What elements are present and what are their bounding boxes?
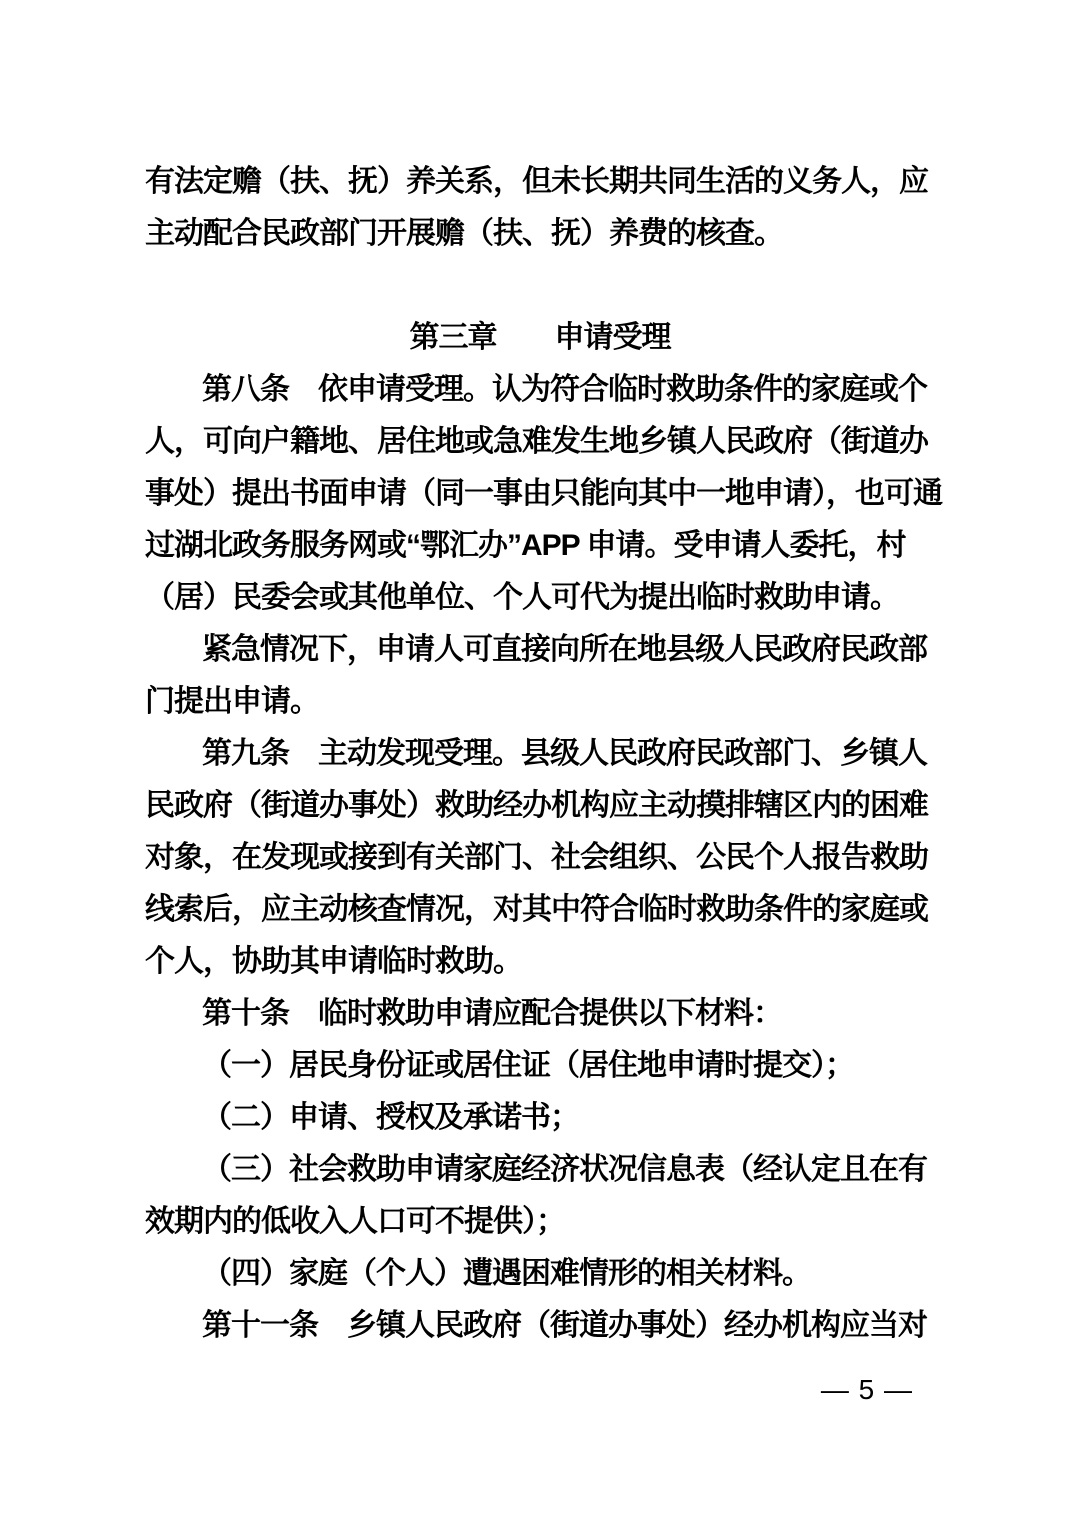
chapter-heading: 第三章 申请受理: [145, 312, 935, 364]
text-line: 对象，在发现或接到有关部门、社会组织、公民个人报告救助: [145, 832, 935, 884]
text-line: 紧急情况下，申请人可直接向所在地县级人民政府民政部: [145, 624, 935, 676]
list-item-2: （二）申请、授权及承诺书；: [145, 1092, 935, 1144]
text-line: 门提出申请。: [145, 676, 935, 728]
document-body: 有法定赡（扶、抚）养关系，但未长期共同生活的义务人，应 主动配合民政部门开展赡（…: [145, 156, 935, 1352]
text-line: （居）民委会或其他单位、个人可代为提出临时救助申请。: [145, 572, 935, 624]
text-line: 线索后，应主动核查情况，对其中符合临时救助条件的家庭或: [145, 884, 935, 936]
text-line: 个人，协助其申请临时救助。: [145, 936, 935, 988]
text-line: 人，可向户籍地、居住地或急难发生地乡镇人民政府（街道办: [145, 416, 935, 468]
list-item-4: （四）家庭（个人）遭遇困难情形的相关材料。: [145, 1248, 935, 1300]
document-page: 有法定赡（扶、抚）养关系，但未长期共同生活的义务人，应 主动配合民政部门开展赡（…: [0, 0, 1074, 1520]
list-item-3: （三）社会救助申请家庭经济状况信息表（经认定且在有: [145, 1144, 935, 1196]
text-line: 过湖北政务服务网或“鄂汇办”APP 申请。受申请人委托，村: [145, 520, 935, 572]
article-8-line: 第八条 依申请受理。认为符合临时救助条件的家庭或个: [145, 364, 935, 416]
article-10-line: 第十条 临时救助申请应配合提供以下材料：: [145, 988, 935, 1040]
text-line: 主动配合民政部门开展赡（扶、抚）养费的核查。: [145, 208, 935, 260]
text-line: 有法定赡（扶、抚）养关系，但未长期共同生活的义务人，应: [145, 156, 935, 208]
list-item-1: （一）居民身份证或居住证（居住地申请时提交）；: [145, 1040, 935, 1092]
article-11-line: 第十一条 乡镇人民政府（街道办事处）经办机构应当对: [145, 1300, 935, 1352]
text-line: 民政府（街道办事处）救助经办机构应主动摸排辖区内的困难: [145, 780, 935, 832]
text-line: 效期内的低收入人口可不提供）；: [145, 1196, 935, 1248]
text-line: 事处）提出书面申请（同一事由只能向其中一地申请），也可通: [145, 468, 935, 520]
article-9-line: 第九条 主动发现受理。县级人民政府民政部门、乡镇人: [145, 728, 935, 780]
page-number: — 5 —: [821, 1374, 913, 1406]
